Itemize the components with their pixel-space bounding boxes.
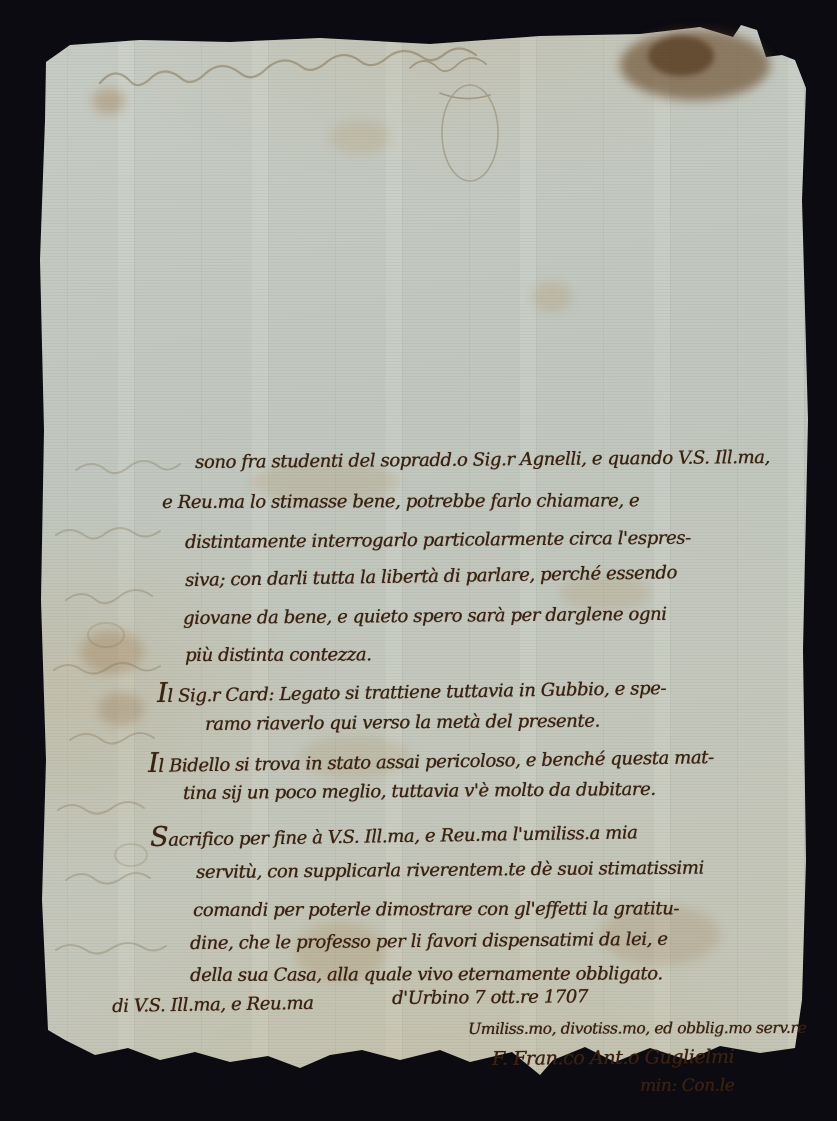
manuscript-line: Il Bidello si trova in stato assai peric… (148, 739, 714, 779)
manuscript-line: distintamente interrogarlo particolarmen… (185, 528, 691, 553)
manuscript-line: ramo riaverlo qui verso la metà del pres… (205, 711, 600, 735)
manuscript-line: sono fra studenti del sopradd.o Sig.r Ag… (195, 447, 770, 473)
manuscript-line: giovane da bene, e quieto spero sarà per… (183, 604, 667, 629)
signature: F. Fran.co Ant.o Guglielmi (492, 1046, 734, 1070)
manuscript-line: e Reu.ma lo stimasse bene, potrebbe farl… (162, 490, 639, 513)
closing-salutation: di V.S. Ill.ma, e Reu.ma (112, 993, 314, 1017)
manuscript-line: siva; con darli tutta la libertà di parl… (185, 562, 677, 591)
manuscript-line: Sacrifico per fine à V.S. Ill.ma, e Reu.… (150, 814, 638, 853)
manuscript-line: servitù, con supplicarla riverentem.te d… (196, 858, 704, 883)
manuscript-line: tina sij un poco meglio, tuttavia v'è mo… (183, 779, 656, 804)
letter-text: sono fra studenti del sopradd.o Sig.r Ag… (0, 0, 837, 1121)
manuscript-line: comandi per poterle dimostrare con gl'ef… (193, 898, 679, 921)
manuscript-line: Il Sig.r Card: Legato si trattiene tutta… (157, 670, 666, 709)
manuscript-line: dine, che le professo per li favori disp… (190, 929, 668, 954)
signature-order: min: Con.le (640, 1076, 734, 1096)
manuscript-line: più distinta contezza. (185, 644, 371, 666)
manuscript-line: della sua Casa, alla quale vivo etername… (190, 963, 663, 986)
valediction: Umiliss.mo, divotiss.mo, ed obblig.mo se… (468, 1019, 806, 1038)
scanned-letter-photo: sono fra studenti del sopradd.o Sig.r Ag… (0, 0, 837, 1121)
dateline: d'Urbino 7 ott.re 1707 (392, 986, 588, 1009)
